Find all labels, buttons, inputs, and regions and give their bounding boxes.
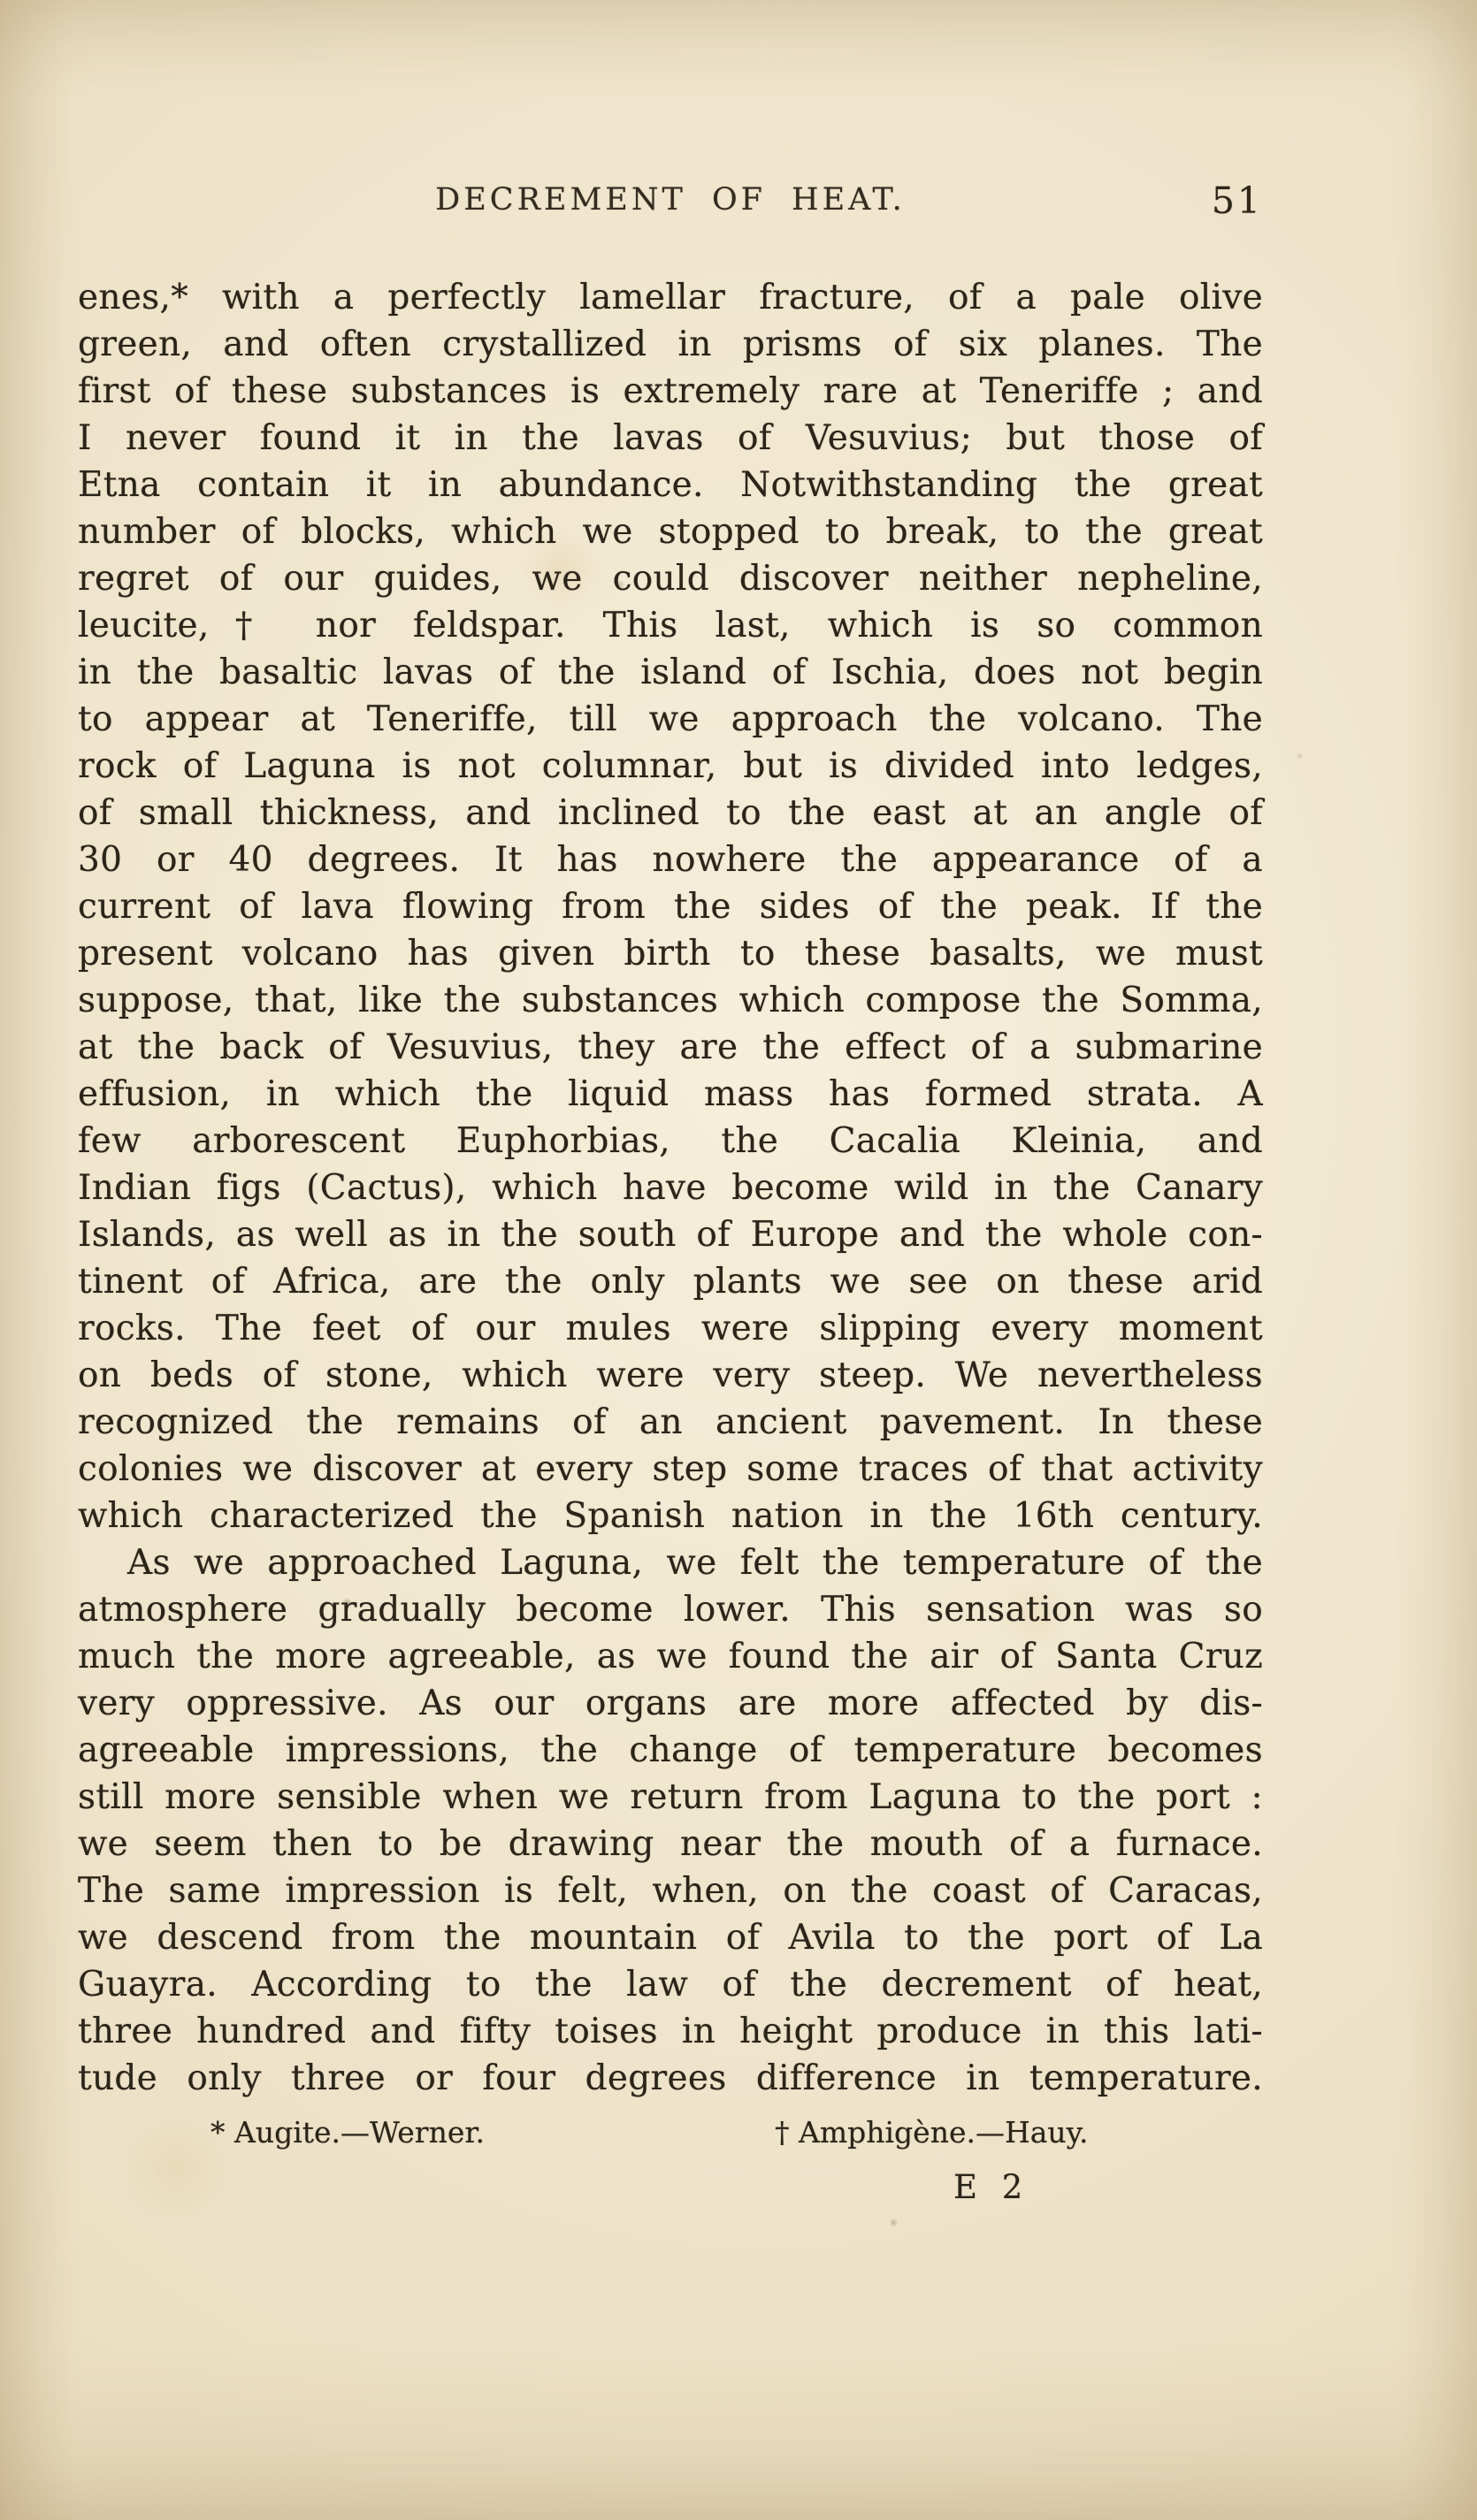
text-line: enes,* with a perfectly lamellar fractur… — [78, 274, 1263, 321]
text-line: Indian figs (Cactus), which have become … — [78, 1165, 1263, 1211]
text-line: Etna contain it in abundance. Notwithsta… — [78, 462, 1263, 508]
text-line: of small thickness, and inclined to the … — [78, 790, 1263, 836]
text-line: current of lava flowing from the sides o… — [78, 883, 1263, 930]
text-line: on beds of stone, which were very steep.… — [78, 1352, 1263, 1399]
book-page: DECREMENT OF HEAT. 51 enes,* with a perf… — [0, 0, 1477, 2520]
text-line: present volcano has given birth to these… — [78, 930, 1263, 977]
text-line: Guayra. According to the law of the decr… — [78, 1961, 1263, 2008]
text-line: tinent of Africa, are the only plants we… — [78, 1258, 1263, 1305]
text-line: I never found it in the lavas of Vesuviu… — [78, 415, 1263, 462]
text-line: very oppressive. As our organs are more … — [78, 1680, 1263, 1727]
text-line: first of these substances is extremely r… — [78, 368, 1263, 415]
text-line: three hundred and fifty toises in height… — [78, 2008, 1263, 2055]
text-line: colonies we discover at every step some … — [78, 1446, 1263, 1493]
text-line: rocks. The feet of our mules were slippi… — [78, 1305, 1263, 1352]
text-line: tude only three or four degrees differen… — [78, 2055, 1263, 2102]
text-line: atmosphere gradually become lower. This … — [78, 1586, 1263, 1633]
text-line: Islands, as well as in the south of Euro… — [78, 1211, 1263, 1258]
text-line: to appear at Teneriffe, till we approach… — [78, 696, 1263, 743]
body-text: enes,* with a perfectly lamellar fractur… — [78, 274, 1263, 2102]
text-line: agreeable impressions, the change of tem… — [78, 1727, 1263, 1774]
page-number: 51 — [1212, 179, 1263, 222]
text-line: recognized the remains of an ancient pav… — [78, 1399, 1263, 1446]
text-line: regret of our guides, we could discover … — [78, 555, 1263, 602]
footnote-augite: * Augite.—Werner. — [210, 2115, 485, 2150]
text-line: suppose, that, like the substances which… — [78, 977, 1263, 1024]
text-line: effusion, in which the liquid mass has f… — [78, 1071, 1263, 1118]
text-line: much the more agreeable, as we found the… — [78, 1633, 1263, 1680]
footnote-amphigene: † Amphigène.—Hauy. — [775, 2115, 1088, 2150]
footnotes-row: * Augite.—Werner. † Amphigène.—Hauy. — [78, 2115, 1263, 2159]
running-title: DECREMENT OF HEAT. — [78, 182, 1263, 218]
text-line: leucite,† nor feldspar. This last, which… — [78, 602, 1263, 649]
text-line: few arborescent Euphorbias, the Cacalia … — [78, 1118, 1263, 1165]
text-line: The same impression is felt, when, on th… — [78, 1867, 1263, 1914]
text-line: at the back of Vesuvius, they are the ef… — [78, 1024, 1263, 1071]
text-line: 30 or 40 degrees. It has nowhere the app… — [78, 836, 1263, 883]
text-line: we seem then to be drawing near the mout… — [78, 1821, 1263, 1867]
text-line: we descend from the mountain of Avila to… — [78, 1914, 1263, 1961]
text-line: green, and often crystallized in prisms … — [78, 321, 1263, 368]
text-line: rock of Laguna is not columnar, but is d… — [78, 743, 1263, 790]
text-line: number of blocks, which we stopped to br… — [78, 508, 1263, 555]
text-line: which characterized the Spanish nation i… — [78, 1493, 1263, 1539]
page-header: DECREMENT OF HEAT. 51 — [78, 182, 1263, 228]
text-line-paragraph-start: As we approached Laguna, we felt the tem… — [78, 1539, 1263, 1586]
text-line: in the basaltic lavas of the island of I… — [78, 649, 1263, 696]
text-line: still more sensible when we return from … — [78, 1774, 1263, 1821]
printers-signature: E 2 — [953, 2168, 1029, 2206]
